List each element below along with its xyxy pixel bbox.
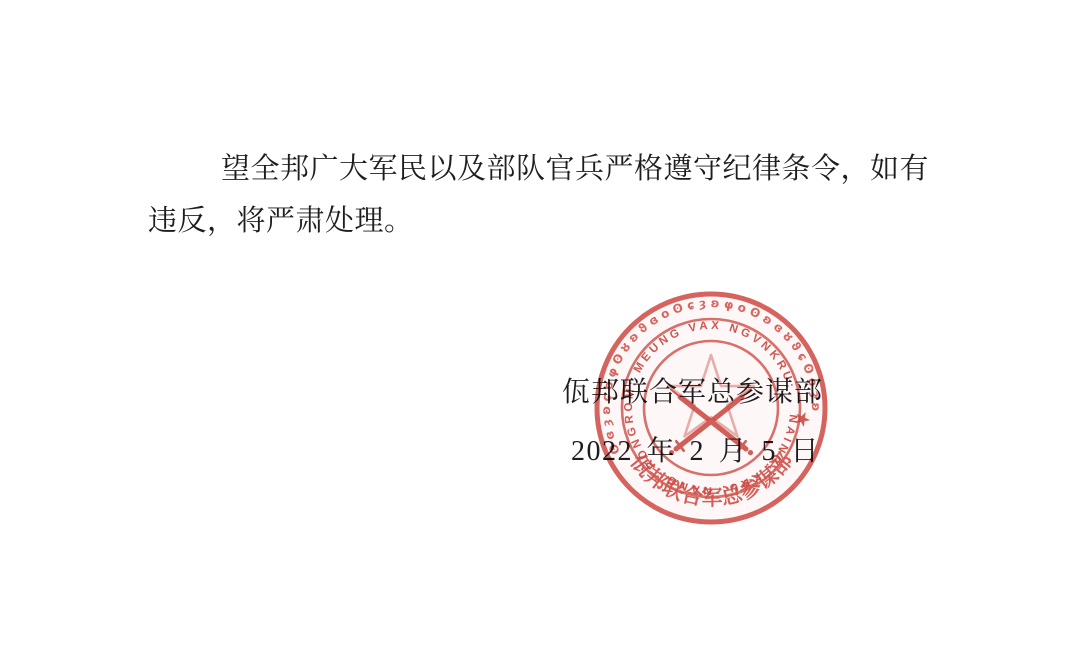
official-seal-stamp: ʘɞȝʚɕοφʘȣʚϑɞοʘɕȝʚφοʘʚɞȣϑɕʘοȝʚɞ 佤邦联合军总参谋部… [581, 278, 841, 538]
document-page: 望全邦广大军民以及部队官兵严格遵守纪律条令，如有 违反，将严肃处理。 佤邦联合军… [0, 0, 1080, 650]
body-text-line-2: 违反，将严肃处理。 [148, 198, 414, 239]
body-text-line-1: 望全邦广大军民以及部队官兵严格遵守纪律条令，如有 [221, 146, 929, 187]
